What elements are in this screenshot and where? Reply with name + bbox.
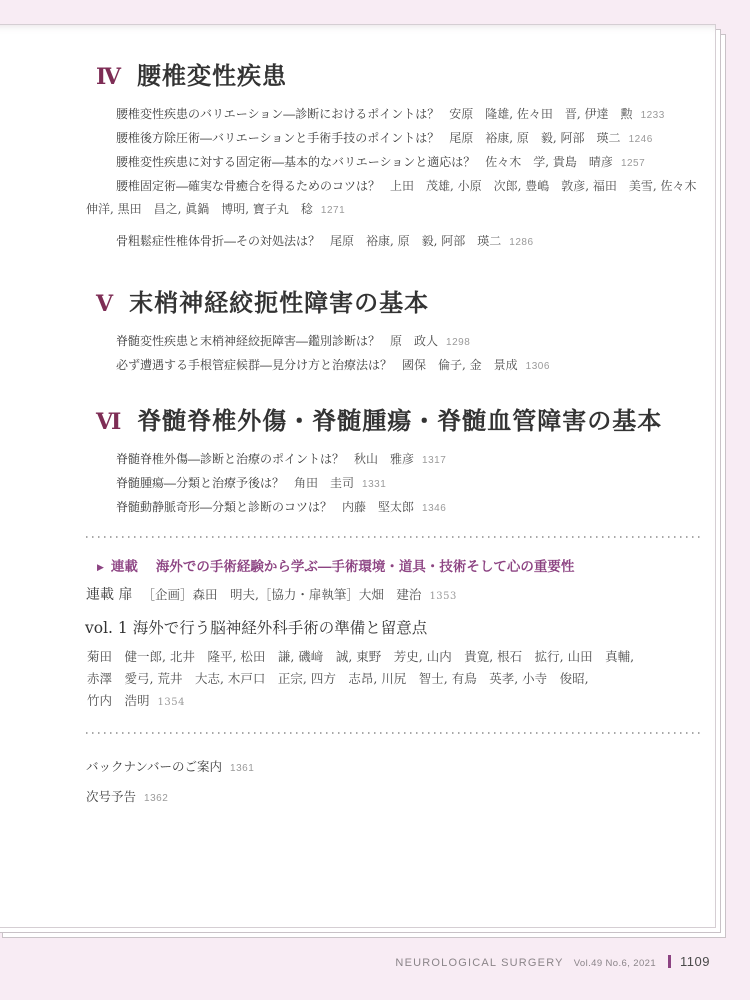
entry-page-number: 1331 [362,479,386,490]
entry-title: 腰椎固定術―確実な骨癒合を得るためのコツは？ [116,179,380,193]
entry-page-number: 1233 [641,110,665,121]
issue-info: Vol.49 No.6, 2021 [574,958,656,969]
folio-number: 1109 [680,954,710,969]
entry-authors: 内藤 堅太郎 [342,500,414,514]
toc-entry: 脊髄脊椎外傷―診断と治療のポイントは？秋山 雅彦1317 [86,448,700,472]
serial-title: 海外での手術経験から学ぶ―手術環境・道具・技術そして心の重要性 [156,559,575,574]
section-numeral: Ⅵ [96,409,122,435]
section-numeral: Ⅳ [96,64,122,90]
back-matter-list: バックナンバーのご案内1361 次号予告1362 [0,753,715,813]
entry-title: 必ず遭遇する手根管症候群―見分け方と治療法は？ [116,358,392,372]
back-matter-title: 次号予告 [86,790,136,804]
toc-entry: 脊髄腫瘍―分類と治療予後は？角田 圭司1331 [86,472,700,496]
section-peripheral-nerve: Ⅴ末梢神経絞扼性障害の基本 脊髄変性疾患と末梢神経絞扼障害―鑑別診断は？原 政人… [0,288,715,378]
section-heading: Ⅴ末梢神経絞扼性障害の基本 [96,288,715,319]
entry-title: 脊髄脊椎外傷―診断と治療のポイントは？ [116,452,344,466]
toc-entry: 脊髄動静脈奇形―分類と診断のコツは？内藤 堅太郎1346 [86,496,700,520]
serial-author-line-last: 竹内 浩明1354 [87,690,715,714]
entry-page-number: 1317 [422,455,446,466]
serial-label: 連載 [111,559,138,574]
entry-page-number: 1361 [230,763,254,774]
section-title: 脊髄脊椎外傷・脊髄腫瘍・脊髄血管障害の基本 [137,406,662,435]
entry-authors: 角田 圭司 [294,476,354,490]
serial-author-list: 菊田 健一郎, 北井 隆平, 松田 謙, 磯﨑 誠, 東野 芳史, 山内 貴寛,… [87,646,715,714]
entry-authors: 秋山 雅彦 [354,452,414,466]
entry-title: 腰椎変性疾患に対する固定術―基本的なバリエーションと適応は？ [116,155,475,169]
journal-name: NEUROLOGICAL SURGERY [395,957,563,969]
back-matter-entry: 次号予告1362 [86,783,715,813]
entry-title: 腰椎変性疾患のバリエーション―診断におけるポイントは？ [116,107,439,121]
entry-authors: 安原 隆雄, 佐々田 晋, 伊達 勲 [449,107,632,121]
serial-feature-block: ▶連載海外での手術経験から学ぶ―手術環境・道具・技術そして心の重要性 連載 扉［… [0,558,715,714]
serial-vol-title: vol. 1 海外で行う脳神経外科手術の準備と留意点 [85,617,715,639]
serial-author-line: 赤澤 愛弓, 荒井 大志, 木戸口 正宗, 四方 志昂, 川尻 智士, 有鳥 英… [87,668,715,690]
entry-page-number: 1271 [321,205,345,216]
entry-authors: 原 政人 [390,334,438,348]
serial-heading: ▶連載海外での手術経験から学ぶ―手術環境・道具・技術そして心の重要性 [97,558,715,576]
dotted-divider [86,536,700,538]
toc-entry: 脊髄変性疾患と末梢神経絞扼障害―鑑別診断は？原 政人1298 [86,330,700,354]
section-spinal-cord: Ⅵ脊髄脊椎外傷・脊髄腫瘍・脊髄血管障害の基本 脊髄脊椎外傷―診断と治療のポイント… [0,406,715,520]
entry-page-number: 1306 [526,361,550,372]
entry-page-number: 1246 [629,134,653,145]
toc-entry: 腰椎後方除圧術―バリエーションと手術手技のポイントは？尾原 裕康, 原 毅, 阿… [86,127,700,151]
back-matter-entry: バックナンバーのご案内1361 [86,753,715,783]
section-heading: Ⅳ腰椎変性疾患 [96,61,715,92]
serial-opening-credits: ［企画］森田 明夫,［協力・扉執筆］大畑 建治 [142,587,421,602]
triangle-marker-icon: ▶ [97,558,104,576]
folio-bar [668,955,671,968]
serial-opening-label: 連載 扉 [86,587,132,603]
entry-authors: 國保 倫子, 金 景成 [402,358,518,372]
dotted-divider [86,732,700,734]
serial-opening-entry: 連載 扉［企画］森田 明夫,［協力・扉執筆］大畑 建治1353 [86,585,715,607]
section-numeral: Ⅴ [96,291,114,317]
serial-author-line: 菊田 健一郎, 北井 隆平, 松田 謙, 磯﨑 誠, 東野 芳史, 山内 貴寛,… [87,646,715,668]
serial-author-name: 竹内 浩明 [87,693,150,708]
entry-list: 脊髄変性疾患と末梢神経絞扼障害―鑑別診断は？原 政人1298 必ず遭遇する手根管… [0,330,715,378]
section-title: 末梢神経絞扼性障害の基本 [129,288,429,317]
entry-authors: 佐々木 学, 貴島 晴彦 [485,155,613,169]
entry-title: 腰椎後方除圧術―バリエーションと手術手技のポイントは？ [116,131,439,145]
toc-entry: 腰椎変性疾患に対する固定術―基本的なバリエーションと適応は？佐々木 学, 貴島 … [86,151,700,175]
entry-title: 脊髄動静脈奇形―分類と診断のコツは？ [116,500,332,514]
entry-title: 骨粗鬆症性椎体骨折―その対処法は？ [116,234,320,248]
toc-entry: 腰椎固定術―確実な骨癒合を得るためのコツは？上田 茂雄, 小原 次郎, 豊嶋 敦… [86,175,700,222]
entry-page-number: 1298 [446,337,470,348]
section-lumbar: Ⅳ腰椎変性疾患 腰椎変性疾患のバリエーション―診断におけるポイントは？安原 隆雄… [0,61,715,254]
journal-page: Ⅳ腰椎変性疾患 腰椎変性疾患のバリエーション―診断におけるポイントは？安原 隆雄… [0,24,716,928]
entry-page-number: 1257 [621,158,645,169]
entry-list: 脊髄脊椎外傷―診断と治療のポイントは？秋山 雅彦1317 脊髄腫瘍―分類と治療予… [0,448,715,520]
entry-page-number: 1353 [429,591,456,602]
toc-entry: 腰椎変性疾患のバリエーション―診断におけるポイントは？安原 隆雄, 佐々田 晋,… [86,103,700,127]
entry-title: 脊髄変性疾患と末梢神経絞扼障害―鑑別診断は？ [116,334,380,348]
back-matter-title: バックナンバーのご案内 [86,760,222,774]
entry-authors: 尾原 裕康, 原 毅, 阿部 瑛二 [449,131,620,145]
running-footer: NEUROLOGICAL SURGERYVol.49 No.6, 2021110… [395,953,710,971]
entry-authors: 尾原 裕康, 原 毅, 阿部 瑛二 [330,234,501,248]
entry-page-number: 1346 [422,503,446,514]
section-title: 腰椎変性疾患 [137,61,287,90]
section-heading: Ⅵ脊髄脊椎外傷・脊髄腫瘍・脊髄血管障害の基本 [96,406,715,437]
entry-title: 脊髄腫瘍―分類と治療予後は？ [116,476,284,490]
entry-list: 腰椎変性疾患のバリエーション―診断におけるポイントは？安原 隆雄, 佐々田 晋,… [0,103,715,254]
entry-page-number: 1362 [144,793,168,804]
toc-entry: 骨粗鬆症性椎体骨折―その対処法は？尾原 裕康, 原 毅, 阿部 瑛二1286 [86,230,700,254]
entry-page-number: 1286 [509,237,533,248]
table-of-contents: Ⅳ腰椎変性疾患 腰椎変性疾患のバリエーション―診断におけるポイントは？安原 隆雄… [0,25,715,813]
toc-entry: 必ず遭遇する手根管症候群―見分け方と治療法は？國保 倫子, 金 景成1306 [86,354,700,378]
entry-page-number: 1354 [158,697,185,708]
